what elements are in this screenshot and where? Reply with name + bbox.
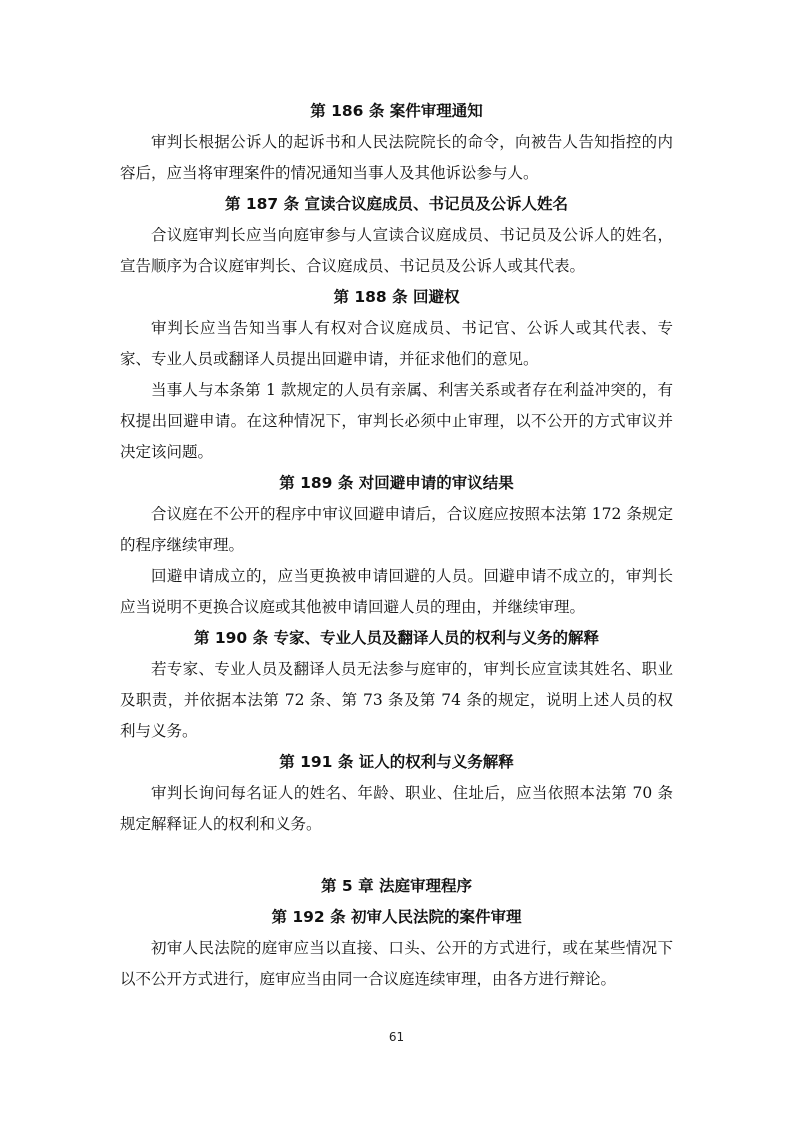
article-paragraph: 合议庭在不公开的程序中审议回避申请后，合议庭应按照本法第 172 条规定的程序继… xyxy=(120,499,673,561)
chapter-heading: 第 5 章 法庭审理程序 xyxy=(120,871,673,902)
article-186: 第 186 条 案件审理通知 审判长根据公诉人的起诉书和人民法院院长的命令，向被… xyxy=(120,96,673,189)
article-heading: 第 190 条 专家、专业人员及翻译人员的权利与义务的解释 xyxy=(120,623,673,654)
article-paragraph: 当事人与本条第 1 款规定的人员有亲属、利害关系或者存在利益冲突的，有权提出回避… xyxy=(120,375,673,468)
article-paragraph: 合议庭审判长应当向庭审参与人宣读合议庭成员、书记员及公诉人的姓名，宣告顺序为合议… xyxy=(120,220,673,282)
article-192: 第 192 条 初审人民法院的案件审理 初审人民法院的庭审应当以直接、口头、公开… xyxy=(120,902,673,995)
document-page: 第 186 条 案件审理通知 审判长根据公诉人的起诉书和人民法院院长的命令，向被… xyxy=(120,96,673,995)
article-paragraph: 若专家、专业人员及翻译人员无法参与庭审的，审判长应宣读其姓名、职业及职责，并依据… xyxy=(120,654,673,747)
article-paragraph: 审判长根据公诉人的起诉书和人民法院院长的命令，向被告人告知指控的内容后，应当将审… xyxy=(120,127,673,189)
article-heading: 第 189 条 对回避申请的审议结果 xyxy=(120,468,673,499)
article-paragraph: 审判长询问每名证人的姓名、年龄、职业、住址后，应当依照本法第 70 条规定解释证… xyxy=(120,778,673,840)
article-190: 第 190 条 专家、专业人员及翻译人员的权利与义务的解释 若专家、专业人员及翻… xyxy=(120,623,673,747)
article-191: 第 191 条 证人的权利与义务解释 审判长询问每名证人的姓名、年龄、职业、住址… xyxy=(120,747,673,840)
article-paragraph: 审判长应当告知当事人有权对合议庭成员、书记官、公诉人或其代表、专家、专业人员或翻… xyxy=(120,313,673,375)
article-heading: 第 192 条 初审人民法院的案件审理 xyxy=(120,902,673,933)
page-number: 61 xyxy=(0,1030,793,1044)
article-187: 第 187 条 宣读合议庭成员、书记员及公诉人姓名 合议庭审判长应当向庭审参与人… xyxy=(120,189,673,282)
article-heading: 第 188 条 回避权 xyxy=(120,282,673,313)
article-heading: 第 191 条 证人的权利与义务解释 xyxy=(120,747,673,778)
article-189: 第 189 条 对回避申请的审议结果 合议庭在不公开的程序中审议回避申请后，合议… xyxy=(120,468,673,623)
article-paragraph: 初审人民法院的庭审应当以直接、口头、公开的方式进行，或在某些情况下以不公开方式进… xyxy=(120,933,673,995)
article-heading: 第 186 条 案件审理通知 xyxy=(120,96,673,127)
article-heading: 第 187 条 宣读合议庭成员、书记员及公诉人姓名 xyxy=(120,189,673,220)
article-paragraph: 回避申请成立的，应当更换被申请回避的人员。回避申请不成立的，审判长应当说明不更换… xyxy=(120,561,673,623)
article-188: 第 188 条 回避权 审判长应当告知当事人有权对合议庭成员、书记官、公诉人或其… xyxy=(120,282,673,468)
